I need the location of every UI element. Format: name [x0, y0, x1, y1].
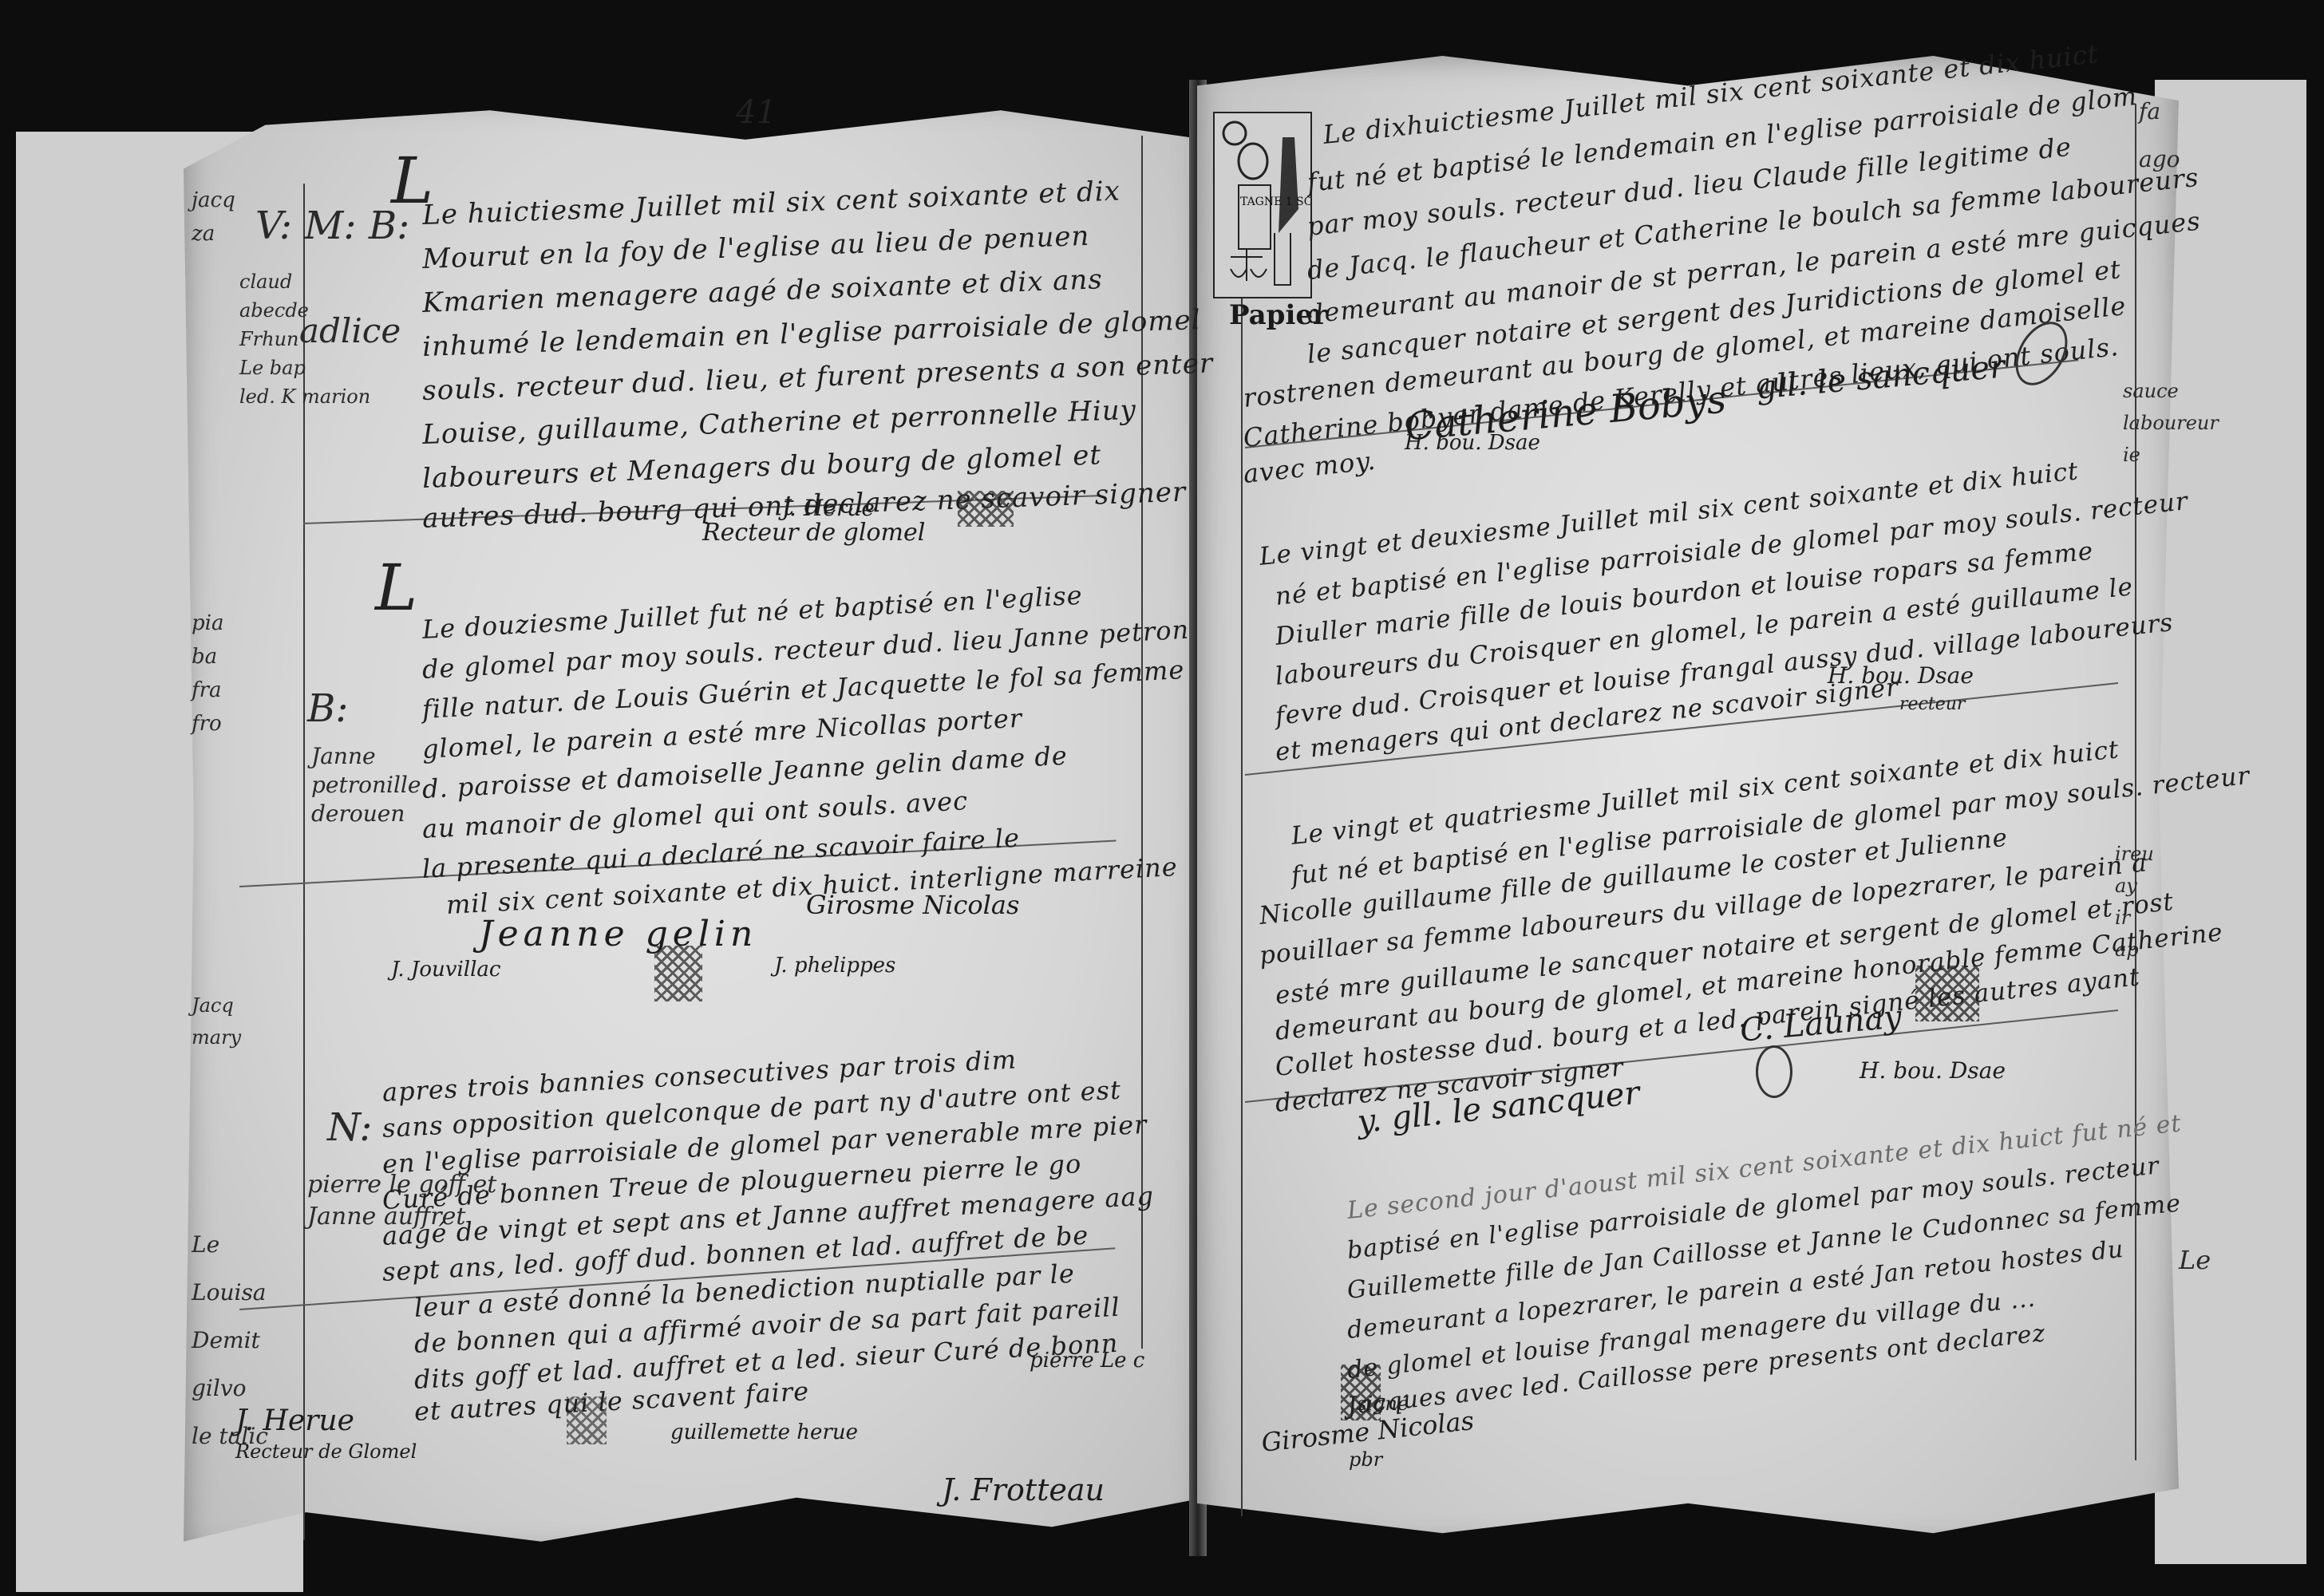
- backing-sheet-right: [2155, 80, 2306, 1564]
- signature-paraph: [1915, 966, 1979, 1021]
- margin-note: mary: [192, 1021, 241, 1053]
- signature: J. phelippes: [774, 954, 895, 978]
- signature: J. Frotteau: [942, 1472, 1105, 1507]
- margin-name: Le bap: [239, 354, 370, 382]
- signature-title: Recteur de Glomel: [235, 1440, 417, 1463]
- signature-title: pbr: [1349, 1448, 1382, 1471]
- signature-title: Recteur de glomel: [702, 519, 925, 547]
- signature: H. bou. Dsae: [1828, 662, 1974, 689]
- margin-note: fro: [192, 707, 223, 741]
- margin-note: Le: [192, 1221, 268, 1269]
- right-outer-margin-notes-2: sauce laboureur ie: [2123, 375, 2219, 471]
- margin-note: pia: [192, 606, 223, 640]
- signature-title: recteur: [1899, 694, 1965, 714]
- margin-note: Demit: [192, 1317, 268, 1365]
- margin-note: ie: [2123, 439, 2219, 471]
- margin-note: sauce: [2123, 375, 2219, 407]
- entry-2-margin-names: Janne petronille derouen: [311, 742, 421, 828]
- margin-note: Louisa: [192, 1269, 268, 1317]
- margin-note: laboureur: [2123, 407, 2219, 439]
- signature: J. Jouvillac: [391, 958, 500, 982]
- margin-note: ba: [192, 640, 223, 674]
- drop-initial-L: L: [375, 551, 417, 625]
- signature: Girosme Nicolas: [806, 890, 1019, 920]
- left-outer-margin-notes-2: pia ba fra fro: [192, 606, 223, 741]
- entry-1-margin-name-adlice: adlice: [299, 311, 401, 350]
- entry-3-margin-code: N:: [327, 1105, 372, 1150]
- left-page-number: 41: [736, 94, 777, 131]
- svg-text:TAGNE 1 SOL: TAGNE 1 SOL: [1240, 196, 1310, 208]
- signature: guillemette herue: [670, 1420, 858, 1444]
- margin-name: petronille: [311, 771, 421, 800]
- margin-note: jacq: [192, 184, 235, 217]
- margin-note: fa: [2139, 88, 2180, 136]
- margin-note: Jacq: [192, 990, 241, 1021]
- signature-paraph: [654, 946, 702, 1001]
- signature-paraph: [958, 491, 1014, 527]
- signature: pierre Le c: [1030, 1349, 1144, 1373]
- signature: H. bou. Dsae: [1405, 431, 1540, 455]
- margin-note: za: [192, 217, 235, 251]
- right-outer-margin-le: Le: [2179, 1245, 2211, 1275]
- signature: Jeanne gelin: [479, 914, 757, 954]
- signature-paraph: [1341, 1365, 1381, 1420]
- signature-paraph: [1756, 1045, 1792, 1098]
- margin-name: led. K marion: [239, 382, 370, 411]
- left-outer-margin-notes: jacq za: [192, 184, 235, 251]
- entry-1-margin-code: V: M: B:: [255, 203, 409, 248]
- signature: J. Herue: [782, 495, 875, 521]
- margin-name: Janne: [311, 742, 421, 771]
- margin-note: fra: [192, 674, 223, 707]
- fiscal-stamp: TAGNE 1 SOL: [1213, 112, 1312, 298]
- angel-stamp-icon: TAGNE 1 SOL: [1215, 113, 1310, 297]
- margin-name: derouen: [311, 800, 421, 828]
- signature: H. bou. Dsae: [1860, 1057, 2006, 1084]
- entry-2-margin-code: B:: [307, 686, 348, 731]
- margin-name: claud: [239, 267, 370, 296]
- signature: J. Herue: [235, 1404, 354, 1437]
- left-outer-margin-notes-3: Jacq mary: [192, 990, 241, 1053]
- signature-paraph: [567, 1396, 607, 1444]
